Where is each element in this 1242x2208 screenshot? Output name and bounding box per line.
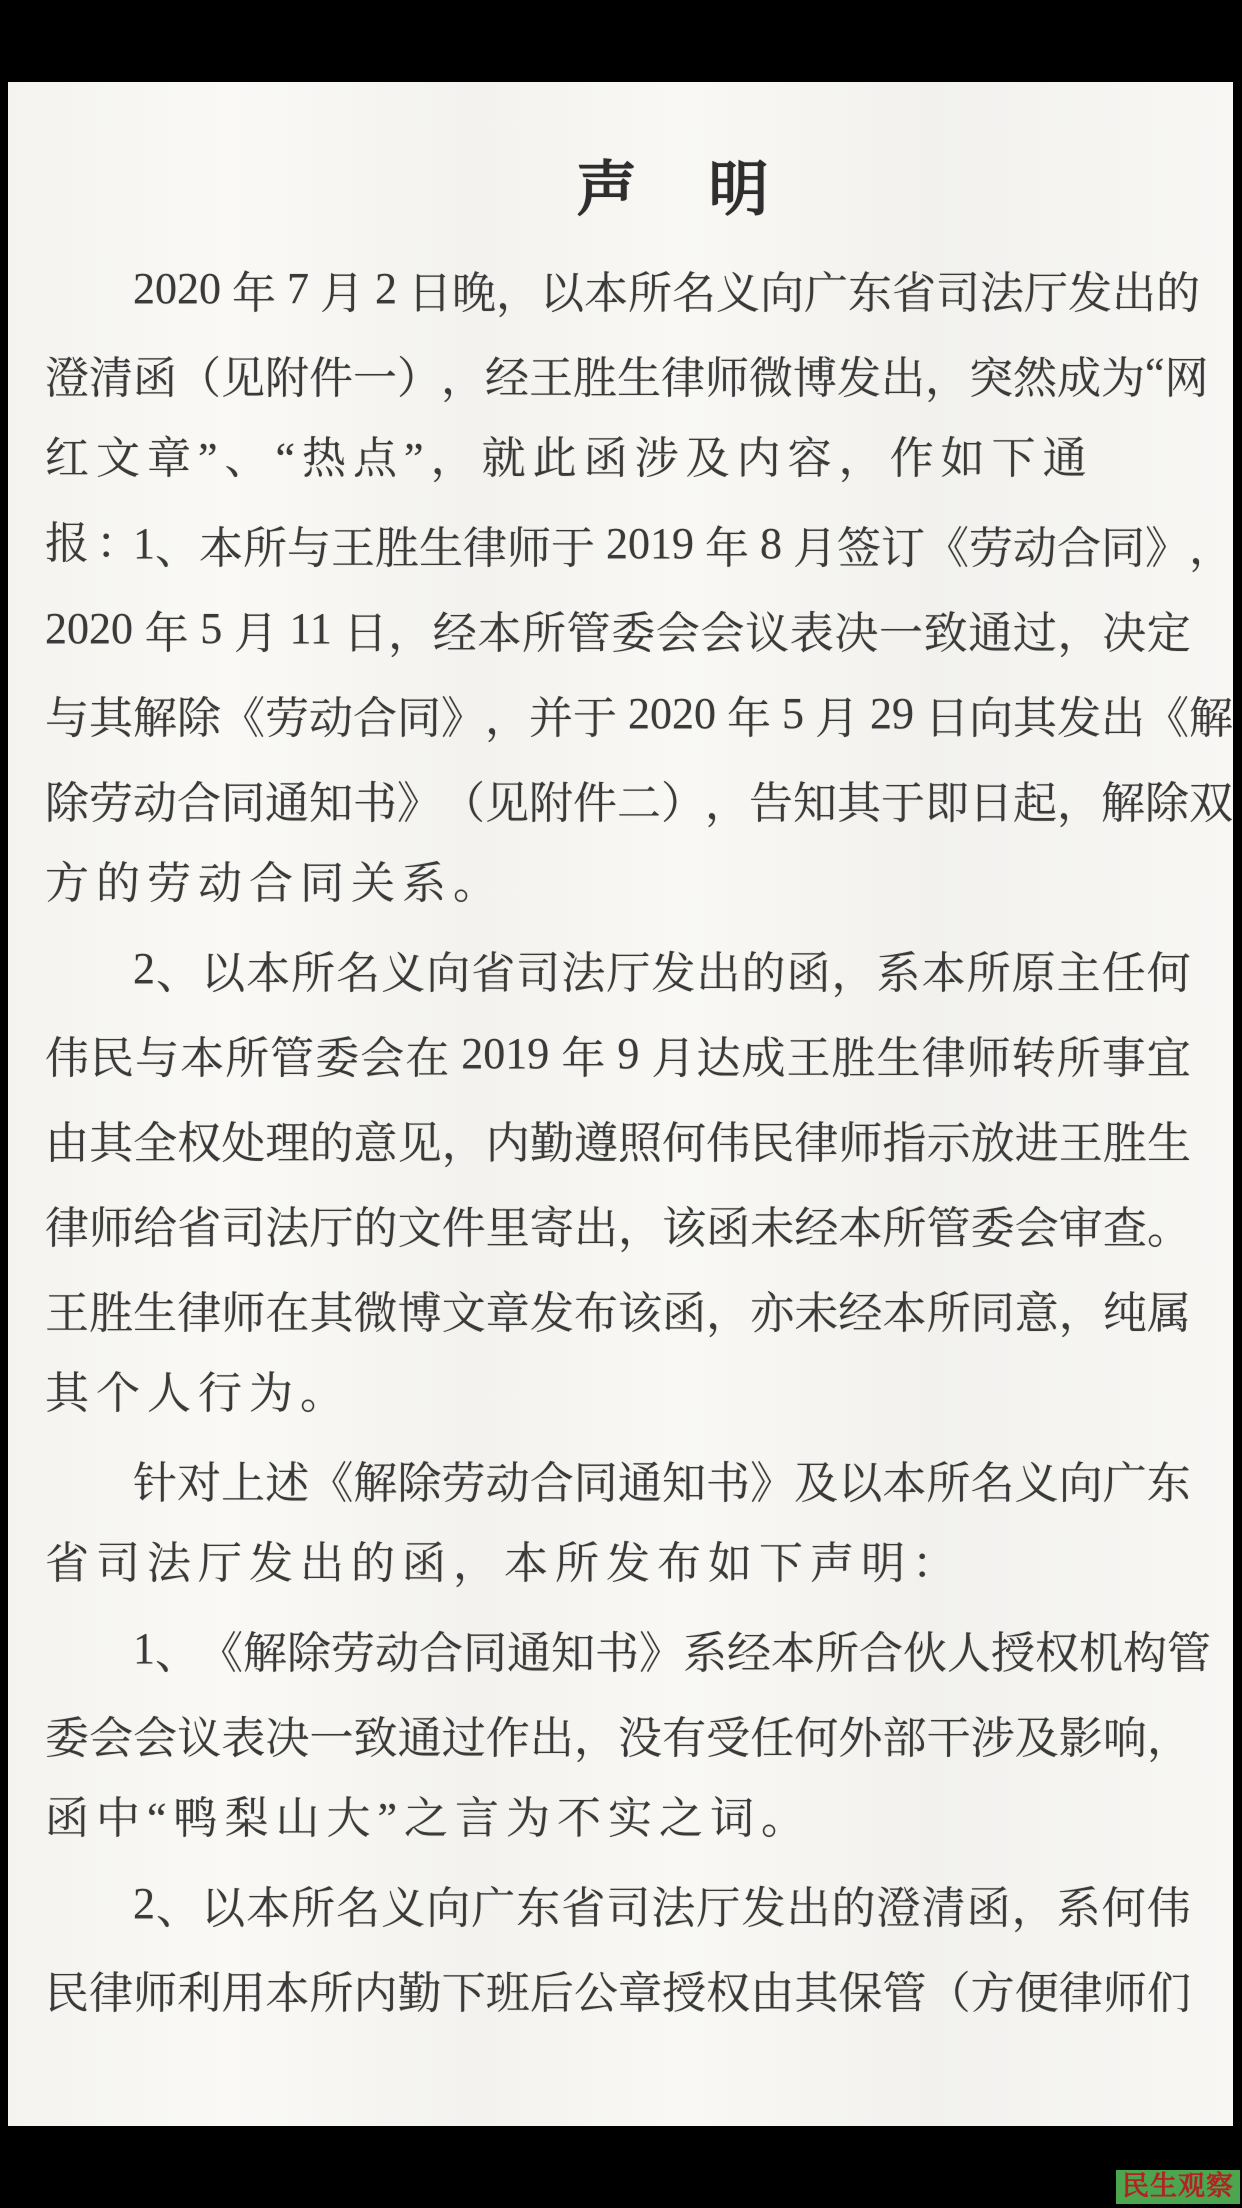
document-line: 王胜生律师在其微博文章发布该函，亦未经本所同意，纯属 bbox=[45, 1266, 1191, 1351]
document-line: 针对上述《解除劳动合同通知书》及以本所名义向广东 bbox=[45, 1436, 1191, 1521]
document-line: 2、以本所名义向广东省司法厅发出的澄清函，系何伟 bbox=[45, 1861, 1191, 1946]
document-line: 2、以本所名义向省司法厅发出的函，系本所原主任何 bbox=[45, 926, 1191, 1011]
document-body: 2020 年 7 月 2 日晚，以本所名义向广东省司法厅发出的澄清函（见附件一）… bbox=[8, 246, 1233, 2031]
document-line: 由其全权处理的意见，内勤遵照何伟民律师指示放进王胜生 bbox=[45, 1096, 1191, 1181]
document-photo: 声 明 2020 年 7 月 2 日晚，以本所名义向广东省司法厅发出的澄清函（见… bbox=[0, 0, 1242, 2208]
page-title: 声 明 bbox=[63, 82, 1242, 220]
document-line: 律师给省司法厅的文件里寄出，该函未经本所管委会审查。 bbox=[45, 1181, 1191, 1266]
document-line: 省司法厅发出的函，本所发布如下声明： bbox=[45, 1521, 1191, 1606]
document-line: 伟民与本所管委会在 2019 年 9 月达成王胜生律师转所事宜 bbox=[45, 1011, 1191, 1096]
document-line: 委会会议表决一致通过作出，没有受任何外部干涉及影响， bbox=[45, 1691, 1191, 1776]
document-line: 与其解除《劳动合同》，并于 2020 年 5 月 29 日向其发出《解 bbox=[45, 671, 1191, 756]
document-line: 函中“鸭梨山大”之言为不实之词。 bbox=[45, 1776, 1191, 1861]
document-line: 除劳动合同通知书》（见附件二），告知其于即日起，解除双 bbox=[45, 756, 1191, 841]
document-line: 1、本所与王胜生律师于 2019 年 8 月签订《劳动合同》， bbox=[45, 501, 1191, 586]
watermark-badge: 民生观察 bbox=[1116, 2170, 1240, 2204]
document-line: 红文章”、“热点”，就此函涉及内容，作如下通报： bbox=[45, 416, 1191, 501]
document-line: 2020 年 7 月 2 日晚，以本所名义向广东省司法厅发出的 bbox=[45, 246, 1191, 331]
document-line: 2020 年 5 月 11 日，经本所管委会会议表决一致通过，决定 bbox=[45, 586, 1191, 671]
document-line: 民律师利用本所内勤下班后公章授权由其保管（方便律师们 bbox=[45, 1946, 1191, 2031]
document-line: 方的劳动合同关系。 bbox=[45, 841, 1191, 926]
document-line: 其个人行为。 bbox=[45, 1351, 1191, 1436]
document-page: 声 明 2020 年 7 月 2 日晚，以本所名义向广东省司法厅发出的澄清函（见… bbox=[8, 82, 1233, 2126]
document-line: 1、《解除劳动合同通知书》系经本所合伙人授权机构管 bbox=[45, 1606, 1191, 1691]
document-line: 澄清函（见附件一），经王胜生律师微博发出，突然成为“网 bbox=[45, 331, 1191, 416]
